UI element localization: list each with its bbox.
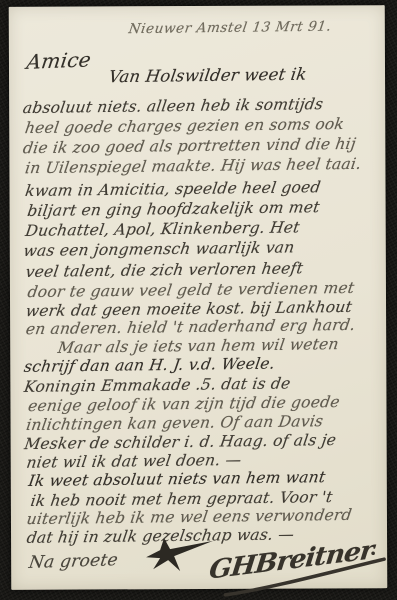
closing-greeting: Na groete [28, 550, 120, 573]
body-line: biljart en ging hoofdzakelijk om met [26, 198, 321, 220]
body-line: niet wil ik dat wel doen. — [25, 451, 242, 472]
ink-star-mark [143, 534, 217, 576]
salutation: Amice [25, 47, 92, 74]
body-line: veel talent, die zich verloren heeft [24, 259, 304, 281]
letter-paper: Nieuwer Amstel 13 Mrt 91. Amice Van Hols… [9, 5, 388, 590]
body-line: Maar als je iets van hem wil weten [57, 335, 340, 357]
body-line: schrijf dan aan H. J. v.d. Weele. [23, 355, 276, 376]
body-line: Mesker de schilder i. d. Haag. of als je [23, 431, 337, 453]
body-line: uiterlijk heb ik me wel eens verwonderd [25, 506, 353, 528]
opening-line: Van Holswilder weet ik [108, 65, 309, 87]
date-line: Nieuwer Amstel 13 Mrt 91. [128, 19, 333, 38]
body-line: Duchattel, Apol, Klinkenberg. Het [24, 218, 301, 240]
body-line: absoluut niets. alleen heb ik somtijds [22, 95, 325, 117]
body-line: die ik zoo goed als portretten vind die … [22, 135, 357, 157]
signature-flourish [221, 551, 389, 598]
body-line: in Uilenspiegel maakte. Hij was heel taa… [24, 155, 363, 177]
body-line: was een jongmensch waarlijk van [22, 238, 295, 260]
body-line: kwam in Amicitia, speelde heel goed [24, 178, 322, 200]
body-line: Ik weet absoluut niets van hem want [27, 468, 326, 490]
body-line: inlichtingen kan geven. Of aan Davis [25, 412, 324, 434]
body-line: Koningin Emmakade .5. dat is de [23, 374, 292, 395]
body-line: heel goede charges gezien en soms ook [24, 115, 346, 137]
